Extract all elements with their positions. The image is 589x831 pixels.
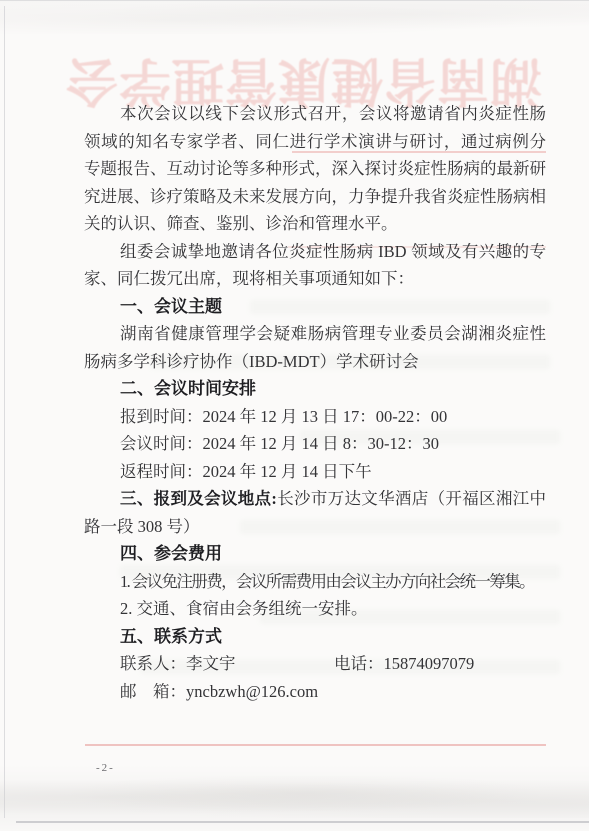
document-line-text: 组委会诚挚地邀请各位炎症性肠病 IBD 领域及有兴趣的专 — [120, 242, 546, 261]
scan-edge-top — [0, 0, 589, 1]
document-line: 组委会诚挚地邀请各位炎症性肠病 IBD 领域及有兴趣的专 — [84, 238, 546, 266]
document-line: 1. 会议免注册费，会议所需费用由会议主办方向社会统一筹集。 — [84, 568, 546, 596]
document-line-text: 四、参会费用 — [120, 544, 222, 563]
document-line-text: 一、会议主题 — [120, 297, 222, 316]
scan-edge-left — [4, 6, 5, 818]
document-line-text: 关的认识、筛查、鉴别、诊治和管理水平。 — [84, 214, 398, 233]
document-line: 报到时间：2024 年 12 月 13 日 17：00-22：00 — [84, 403, 546, 431]
footer-separator-line — [85, 744, 546, 746]
document-line: 三、报到及会议地点:长沙市万达文华酒店（开福区湘江中 — [84, 485, 546, 513]
document-line: 本次会议以线下会议形式召开，会议将邀请省内炎症性肠病 — [84, 100, 546, 128]
document-line-text: 究进展、诊疗策略及未来发展方向，力争提升我省炎症性肠病相 — [84, 187, 546, 206]
scanned-page: 湖南省健康管理学会 本次会议以线下会议形式召开，会议将邀请省内炎症性肠病领域的知… — [0, 0, 589, 831]
document-line-text: 报到时间：2024 年 12 月 13 日 17：00-22：00 — [120, 407, 447, 426]
scan-noise-bottom — [0, 776, 589, 818]
document-line: 肠病多学科诊疗协作（IBD-MDT）学术研讨会 — [84, 348, 546, 376]
document-line-text: 1. 会议免注册费，会议所需费用由会议主办方向社会统一筹集。 — [120, 572, 534, 591]
document-line: 返程时间：2024 年 12 月 14 日下午 — [84, 458, 546, 486]
document-line: 五、联系方式 — [84, 623, 546, 651]
document-line-text: 专题报告、互动讨论等多种形式，深入探讨炎症性肠病的最新研 — [84, 159, 546, 178]
document-line-text: 领域的知名专家学者、同仁进行学术演讲与研讨，通过病例分享、 — [84, 132, 546, 156]
scan-noise-top — [0, 0, 589, 34]
document-line-text: 2. 交通、食宿由会务组统一安排。 — [120, 599, 368, 618]
document-line: 2. 交通、食宿由会务组统一安排。 — [84, 595, 546, 623]
document-line: 联系人：李文宇电话：15874097079 — [84, 650, 546, 678]
document-line: 邮 箱：yncbzwh@126.com — [84, 678, 546, 706]
page-number: -2- — [96, 762, 115, 774]
document-line-text: 二、会议时间安排 — [120, 379, 256, 398]
document-line-text: 本次会议以线下会议形式召开，会议将邀请省内炎症性肠病 — [120, 104, 546, 128]
document-line: 专题报告、互动讨论等多种形式，深入探讨炎症性肠病的最新研 — [84, 155, 546, 183]
document-line-text: 联系人：李文宇 — [120, 654, 236, 673]
document-line: 关的认识、筛查、鉴别、诊治和管理水平。 — [84, 210, 546, 238]
document-line-text: 路一段 308 号） — [84, 517, 200, 536]
scan-edge-bottom — [16, 821, 589, 823]
document-line-text: 五、联系方式 — [120, 627, 222, 646]
document-line: 二、会议时间安排 — [84, 375, 546, 403]
document-line-text: 家、同仁拨冗出席，现将相关事项通知如下： — [84, 269, 414, 288]
document-body: 本次会议以线下会议形式召开，会议将邀请省内炎症性肠病领域的知名专家学者、同仁进行… — [84, 100, 546, 705]
document-line-text: 电话：15874097079 — [334, 650, 474, 678]
document-line: 领域的知名专家学者、同仁进行学术演讲与研讨，通过病例分享、 — [84, 128, 546, 156]
document-line-text: 会议时间：2024 年 12 月 14 日 8：30-12：30 — [120, 434, 439, 453]
document-line-text: 肠病多学科诊疗协作（IBD-MDT）学术研讨会 — [84, 352, 419, 371]
document-line-text: 返程时间：2024 年 12 月 14 日下午 — [120, 462, 372, 481]
document-line: 四、参会费用 — [84, 540, 546, 568]
document-line-text: 长沙市万达文华酒店（开福区湘江中 — [277, 489, 546, 508]
document-line-label: 三、报到及会议地点: — [120, 489, 277, 508]
document-line: 家、同仁拨冗出席，现将相关事项通知如下： — [84, 265, 546, 293]
document-line: 路一段 308 号） — [84, 513, 546, 541]
document-line: 究进展、诊疗策略及未来发展方向，力争提升我省炎症性肠病相 — [84, 183, 546, 211]
document-line: 会议时间：2024 年 12 月 14 日 8：30-12：30 — [84, 430, 546, 458]
document-line: 一、会议主题 — [84, 293, 546, 321]
document-line-text: 邮 箱：yncbzwh@126.com — [120, 682, 318, 701]
document-line-text: 湖南省健康管理学会疑难肠病管理专业委员会湖湘炎症性 — [120, 324, 546, 343]
document-line: 湖南省健康管理学会疑难肠病管理专业委员会湖湘炎症性 — [84, 320, 546, 348]
